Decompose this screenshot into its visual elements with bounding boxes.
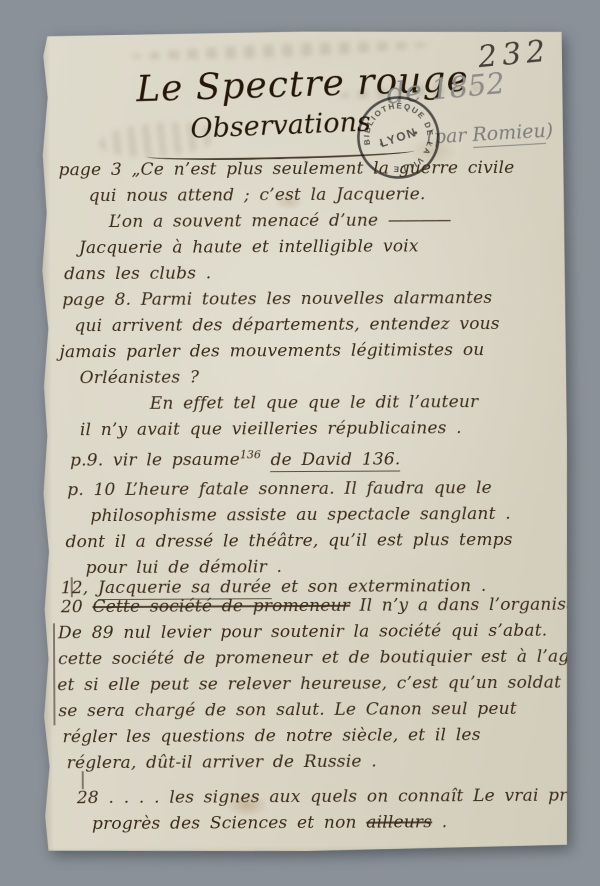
text-segment: 136 — [240, 448, 261, 461]
manuscript-line: philosophisme assiste au spectacle sangl… — [90, 501, 564, 529]
text-segment: page 3 „Ce n’est plus seulement la guerr… — [59, 158, 515, 180]
manuscript-line: p.9. vir le psaume136 de David 136. — [70, 441, 564, 470]
text-segment: et si elle peut se relever heureuse, c’e… — [57, 673, 561, 696]
manuscript-page: 232 Le Spectre rouge de 1852 Observation… — [38, 29, 570, 858]
text-segment: régler les questions de notre siècle, et… — [62, 725, 480, 747]
manuscript-line: cette société de promeneur et de boutiqu… — [58, 644, 565, 673]
manuscript-line: En effet tel que que le dit l’auteur — [150, 389, 564, 417]
text-segment: progrès des Sciences et non — [92, 813, 366, 834]
manuscript-line: page 8. Parmi toutes les nouvelles alarm… — [62, 285, 563, 314]
stamp-center-text: LYON — [378, 125, 419, 150]
text-segment: qui arrivent des départements, entendez … — [74, 314, 499, 336]
text-segment: se sera chargé de son salut. Le Canon se… — [58, 699, 516, 721]
text-segment: L’on a souvent menacé d’une — [109, 211, 388, 232]
text-segment: 20 — [61, 597, 93, 617]
margin-mark — [53, 623, 55, 725]
text-segment: qui nous attend ; c’est la Jacquerie. — [89, 184, 426, 206]
manuscript-body: page 3 „Ce n’est plus seulement la guerr… — [55, 155, 567, 838]
text-segment: Jacquerie à haute et intelligible voix — [79, 236, 419, 258]
text-segment: p.9. vir le psaume — [70, 450, 240, 471]
text-segment: page 8. Parmi toutes les nouvelles alarm… — [62, 288, 492, 310]
text-segment: philosophisme assiste au spectacle sangl… — [90, 504, 511, 526]
text-segment: jamais parler des mouvements légitimiste… — [59, 340, 484, 362]
manuscript-line: Orléanistes ? — [80, 363, 564, 392]
text-segment: ailleurs — [366, 812, 432, 832]
text-segment: Il n’y a dans l’organisation . — [350, 594, 570, 615]
text-segment: réglera, dût-il arriver de Russie . — [67, 752, 377, 774]
manuscript-line: réglera, dût-il arriver de Russie . — [67, 748, 566, 777]
manuscript-line: jamais parler des mouvements légitimiste… — [59, 337, 563, 366]
manuscript-line: il n’y avait que vieilleries républicain… — [80, 415, 564, 444]
text-segment: . — [432, 812, 447, 832]
manuscript-line: page 3 „Ce n’est plus seulement la guerr… — [59, 155, 563, 184]
text-segment: ———— — [388, 210, 450, 230]
text-segment: de David 136. — [271, 449, 401, 472]
manuscript-line: qui arrivent des départements, entendez … — [74, 311, 563, 340]
text-segment: De 89 nul levier pour soutenir la sociét… — [58, 621, 547, 644]
manuscript-line: 28 . . . . les signes aux quels on conna… — [77, 783, 566, 812]
attribution-name: Romieu — [472, 120, 547, 148]
attribution-suffix: ) — [545, 119, 554, 141]
manuscript-line: qui nous attend ; c’est la Jacquerie. — [89, 181, 563, 209]
manuscript-line: se sera chargé de son salut. Le Canon se… — [58, 696, 565, 725]
paper-sheet: 232 Le Spectre rouge de 1852 Observation… — [38, 29, 570, 858]
text-segment: il n’y avait que vieilleries républicain… — [80, 418, 462, 440]
manuscript-line: 20 Cette société de promeneur Il n’y a d… — [61, 592, 565, 621]
manuscript-line: dans les clubs . — [64, 259, 563, 288]
manuscript-line: régler les questions de notre siècle, et… — [62, 722, 565, 751]
ink-bleedthrough — [130, 38, 430, 63]
text-segment: dans les clubs . — [64, 263, 211, 284]
manuscript-line: et si elle peut se relever heureuse, c’e… — [57, 670, 565, 699]
text-segment: dont il a dressé le théâtre, qu’il est p… — [65, 530, 512, 552]
text-segment: En effet tel que que le dit l’auteur — [150, 392, 479, 414]
manuscript-line: dont il a dressé le théâtre, qu’il est p… — [65, 527, 564, 556]
text-segment: Orléanistes ? — [80, 368, 200, 389]
manuscript-line: L’on a souvent menacé d’une ———— — [109, 207, 563, 235]
text-segment: p. 10 L’heure fatale sonnera. Il faudra … — [67, 478, 492, 500]
text-segment: Cette société de promeneur — [92, 596, 350, 617]
text-segment: 28 . . . . les signes aux quels on conna… — [77, 785, 570, 808]
manuscript-line: progrès des Sciences et non ailleurs . — [92, 809, 566, 837]
manuscript-line: Jacquerie à haute et intelligible voix — [79, 233, 563, 262]
manuscript-line: De 89 nul levier pour soutenir la sociét… — [58, 618, 565, 647]
manuscript-line: p. 10 L’heure fatale sonnera. Il faudra … — [67, 475, 564, 504]
text-segment: cette société de promeneur et de boutiqu… — [58, 646, 570, 669]
